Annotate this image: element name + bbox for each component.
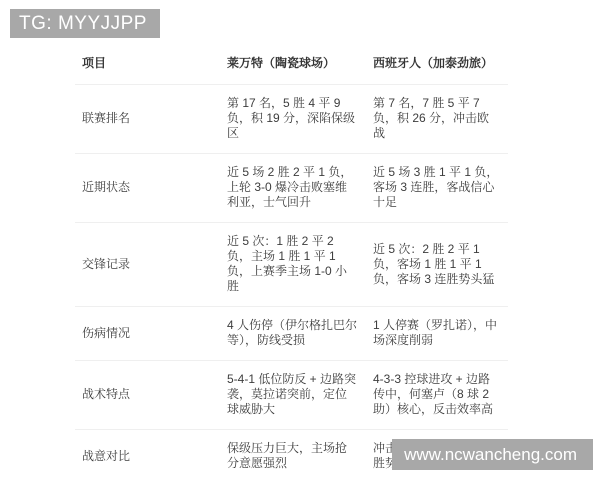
table-row: 交锋记录 近 5 次：1 胜 2 平 2 负，主场 1 胜 1 平 1 负，上赛… xyxy=(75,223,508,307)
home-team-cell: 近 5 场 2 胜 2 平 1 负，上轮 3-0 爆冷击败塞维利亚，士气回升 xyxy=(220,154,366,223)
page-root: TG: MYYJJPP 项目 莱万特（陶瓷球场） 西班牙人（加泰劲旅） 联赛排名… xyxy=(0,0,600,480)
row-label: 战术特点 xyxy=(75,361,220,430)
row-label: 联赛排名 xyxy=(75,85,220,154)
table-header-row: 项目 莱万特（陶瓷球场） 西班牙人（加泰劲旅） xyxy=(75,48,508,85)
row-label: 战意对比 xyxy=(75,430,220,480)
row-label: 近期状态 xyxy=(75,154,220,223)
team-comparison-table: 项目 莱万特（陶瓷球场） 西班牙人（加泰劲旅） 联赛排名 第 17 名，5 胜 … xyxy=(75,48,508,480)
away-team-cell: 1 人停赛（罗扎诺），中场深度削弱 xyxy=(366,307,508,361)
table-row: 伤病情况 4 人伤停（伊尔格扎巴尔等），防线受损 1 人停赛（罗扎诺），中场深度… xyxy=(75,307,508,361)
row-label: 伤病情况 xyxy=(75,307,220,361)
column-header-home-team: 莱万特（陶瓷球场） xyxy=(220,48,366,85)
away-team-cell: 近 5 场 3 胜 1 平 1 负，客场 3 连胜，客战信心十足 xyxy=(366,154,508,223)
home-team-cell: 近 5 次：1 胜 2 平 2 负，主场 1 胜 1 平 1 负，上赛季主场 1… xyxy=(220,223,366,307)
column-header-item: 项目 xyxy=(75,48,220,85)
away-team-cell: 第 7 名，7 胜 5 平 7 负，积 26 分，冲击欧战 xyxy=(366,85,508,154)
table-row: 近期状态 近 5 场 2 胜 2 平 1 负，上轮 3-0 爆冷击败塞维利亚，士… xyxy=(75,154,508,223)
telegram-contact-badge: TG: MYYJJPP xyxy=(10,9,160,38)
away-team-cell: 4-3-3 控球进攻 + 边路传中，何塞卢（8 球 2 助）核心，反击效率高 xyxy=(366,361,508,430)
table-row: 联赛排名 第 17 名，5 胜 4 平 9 负，积 19 分，深陷保级区 第 7… xyxy=(75,85,508,154)
home-team-cell: 4 人伤停（伊尔格扎巴尔等），防线受损 xyxy=(220,307,366,361)
away-team-cell: 近 5 次：2 胜 2 平 1 负，客场 1 胜 1 平 1 负，客场 3 连胜… xyxy=(366,223,508,307)
row-label: 交锋记录 xyxy=(75,223,220,307)
site-watermark: www.ncwancheng.com xyxy=(392,439,593,470)
home-team-cell: 第 17 名，5 胜 4 平 9 负，积 19 分，深陷保级区 xyxy=(220,85,366,154)
table-row: 战术特点 5-4-1 低位防反 + 边路突袭，莫拉诺突前，定位球威胁大 4-3-… xyxy=(75,361,508,430)
home-team-cell: 5-4-1 低位防反 + 边路突袭，莫拉诺突前，定位球威胁大 xyxy=(220,361,366,430)
home-team-cell: 保级压力巨大，主场抢分意愿强烈 xyxy=(220,430,366,480)
column-header-away-team: 西班牙人（加泰劲旅） xyxy=(366,48,508,85)
